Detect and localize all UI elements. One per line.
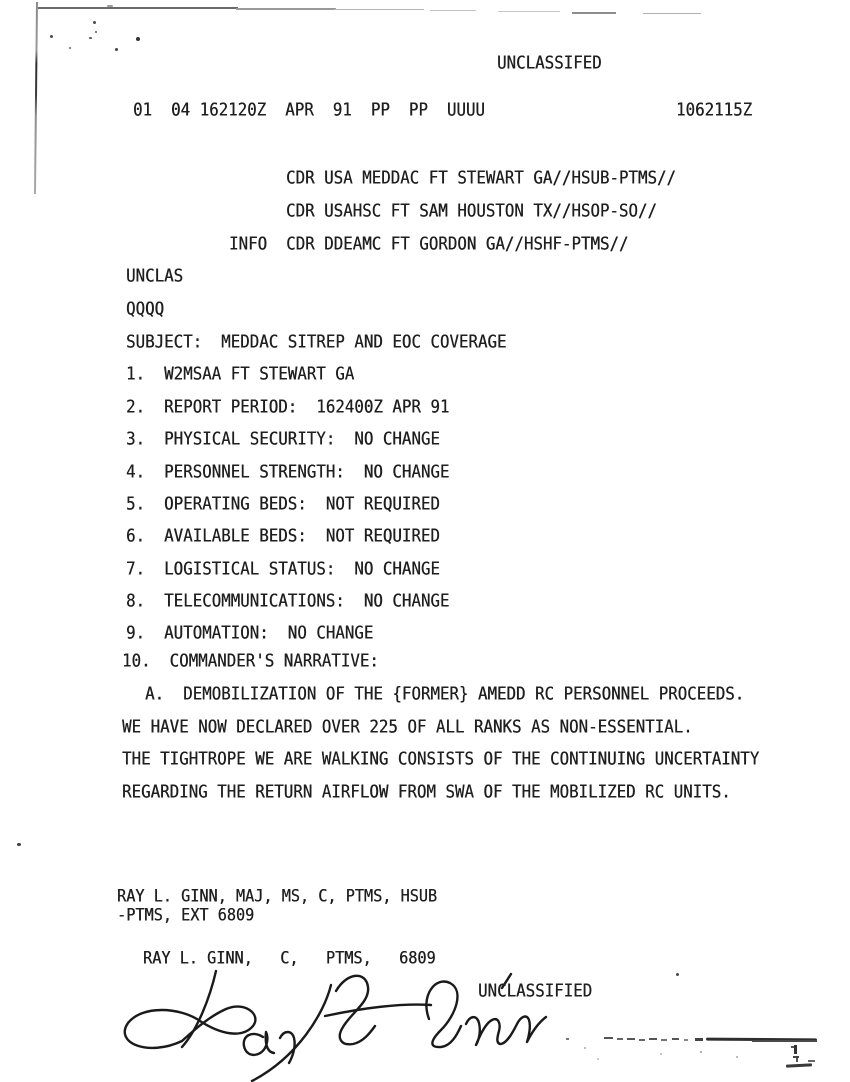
scan-speck (676, 973, 679, 976)
scan-dash (604, 1037, 613, 1039)
header-serial: 1062115Z (676, 101, 752, 119)
narrative-line-3: THE TIGHTROPE WE ARE WALKING CONSISTS OF… (122, 750, 759, 768)
scan-edge-line (38, 7, 238, 9)
scan-speck (95, 31, 97, 33)
sitrep-item-6: 6. AVAILABLE BEDS: NOT REQUIRED (126, 527, 440, 545)
scan-edge-line (572, 12, 616, 14)
header-dtg-line: 01 04 162120Z APR 91 PP PP UUUU (133, 101, 485, 119)
body-classification: UNCLAS (126, 267, 183, 285)
handwritten-signature (100, 945, 560, 1082)
scan-speck (89, 37, 92, 39)
scan-speck (115, 48, 118, 51)
scan-speck (700, 1051, 702, 1053)
scan-smudge (808, 1060, 815, 1062)
addressee-to-1: CDR USA MEDDAC FT STEWART GA//HSUB-PTMS/… (286, 169, 676, 187)
scan-speck (597, 1058, 599, 1060)
scan-dash (627, 1038, 635, 1040)
body-separator: QQQQ (126, 300, 164, 318)
classification-top: UNCLASSIFED (497, 54, 602, 72)
narrative-line-4: REGARDING THE RETURN AIRFLOW FROM SWA OF… (122, 783, 731, 801)
scan-dash (649, 1038, 657, 1040)
classification-bottom: UNCLASSIFIED (478, 982, 592, 1000)
sitrep-item-8: 8. TELECOMMUNICATIONS: NO CHANGE (126, 592, 449, 610)
scan-speck (50, 35, 53, 38)
sitrep-item-10: 10. COMMANDER'S NARRATIVE: (122, 652, 379, 670)
scan-dash (639, 1039, 645, 1041)
document-page: UNCLASSIFED 01 04 162120Z APR 91 PP PP U… (0, 0, 850, 1082)
scan-dash (617, 1038, 623, 1040)
scan-smudge (786, 1063, 812, 1067)
signature-block-line-1: RAY L. GINN, MAJ, MS, C, PTMS, HSUB (117, 887, 437, 905)
scan-smudge (794, 1045, 797, 1054)
scan-speck (584, 1047, 586, 1049)
scan-line (752, 1040, 817, 1042)
addressee-to-2: CDR USAHSC FT SAM HOUSTON TX//HSOP-SO// (286, 202, 657, 220)
scan-speck (69, 47, 71, 49)
addressee-info: INFO CDR DDEAMC FT GORDON GA//HSHF-PTMS/… (229, 235, 628, 253)
scan-dash (684, 1039, 688, 1041)
narrative-line-1: A. DEMOBILIZATION OF THE {FORMER} AMEDD … (126, 685, 744, 703)
sitrep-item-7: 7. LOGISTICAL STATUS: NO CHANGE (126, 560, 440, 578)
scan-dash (566, 1038, 569, 1040)
scan-dash (661, 1039, 667, 1041)
scan-speck (736, 1056, 738, 1058)
scan-speck (93, 21, 96, 24)
scan-dash (695, 1038, 703, 1041)
scan-edge-line (34, 2, 38, 194)
scan-edge-line (430, 10, 476, 11)
sitrep-item-5: 5. OPERATING BEDS: NOT REQUIRED (126, 495, 440, 513)
sitrep-item-9: 9. AUTOMATION: NO CHANGE (126, 624, 373, 642)
scan-edge-line (643, 13, 701, 14)
scan-edge-line (498, 11, 560, 12)
scan-smudge (796, 1058, 798, 1062)
scan-speck (660, 1053, 662, 1055)
sitrep-item-4: 4. PERSONNEL STRENGTH: NO CHANGE (126, 463, 449, 481)
sitrep-item-3: 3. PHYSICAL SECURITY: NO CHANGE (126, 430, 440, 448)
sitrep-item-1: 1. W2MSAA FT STEWART GA (126, 365, 354, 383)
scan-dash (672, 1038, 679, 1040)
narrative-line-2: WE HAVE NOW DECLARED OVER 225 OF ALL RAN… (122, 718, 693, 736)
scan-edge-line (334, 9, 424, 10)
scan-edge-line (236, 8, 336, 10)
scan-speck (136, 37, 140, 41)
scan-speck (107, 5, 113, 7)
scan-speck (17, 843, 21, 846)
signature-block-line-2: -PTMS, EXT 6809 (117, 906, 254, 924)
sitrep-item-2: 2. REPORT PERIOD: 162400Z APR 91 (126, 398, 449, 416)
subject-line: SUBJECT: MEDDAC SITREP AND EOC COVERAGE (126, 333, 506, 351)
